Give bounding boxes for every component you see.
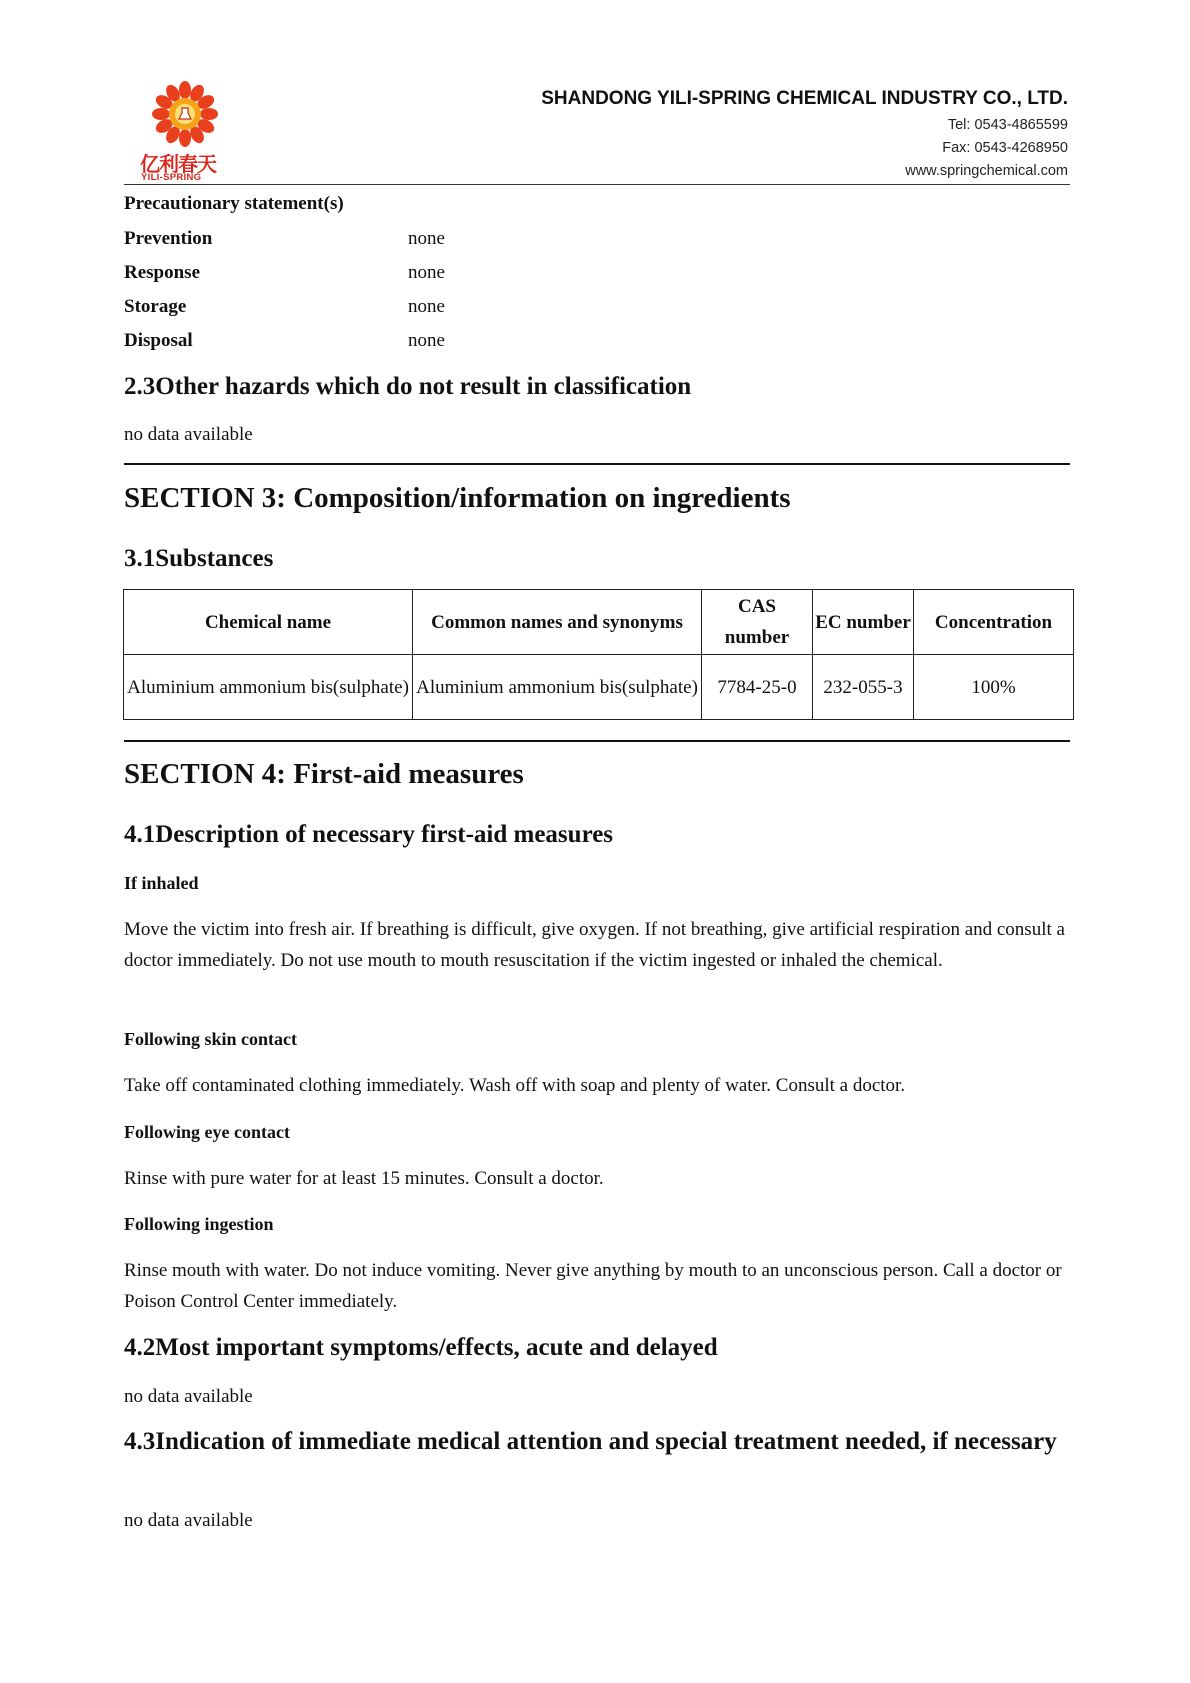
response-value: none [408, 262, 445, 284]
col-chemical-name: Chemical name [124, 590, 413, 655]
section-4-1-heading: 4.1Description of necessary first-aid me… [124, 821, 613, 849]
company-website[interactable]: www.springchemical.com [905, 163, 1068, 179]
col-ec-number: EC number [813, 590, 914, 655]
section-divider [124, 463, 1070, 465]
skin-contact-label: Following skin contact [124, 1029, 297, 1050]
section-3-1-heading: 3.1Substances [124, 545, 273, 573]
prevention-value: none [408, 228, 445, 250]
storage-label: Storage [124, 296, 186, 318]
section-4-2-text: no data available [124, 1386, 253, 1408]
ingestion-text: Rinse mouth with water. Do not induce vo… [124, 1255, 1074, 1317]
section-4-heading: SECTION 4: First-aid measures [124, 758, 524, 791]
cell-concentration: 100% [914, 655, 1074, 720]
skin-contact-text: Take off contaminated clothing immediate… [124, 1070, 1074, 1101]
col-cas-number: CAS number [702, 590, 813, 655]
table-row: Aluminium ammonium bis(sulphate) Alumini… [124, 655, 1074, 720]
logo-english-text: YILI-SPRING [141, 172, 201, 183]
if-inhaled-text: Move the victim into fresh air. If breat… [124, 914, 1074, 976]
section-4-2-heading: 4.2Most important symptoms/effects, acut… [124, 1334, 718, 1362]
composition-table: Chemical name Common names and synonyms … [123, 589, 1074, 720]
table-header-row: Chemical name Common names and synonyms … [124, 590, 1074, 655]
ingestion-label: Following ingestion [124, 1214, 274, 1235]
eye-contact-text: Rinse with pure water for at least 15 mi… [124, 1163, 1074, 1194]
section-4-3-heading: 4.3Indication of immediate medical atten… [124, 1426, 1064, 1458]
disposal-value: none [408, 330, 445, 352]
company-logo: 亿利春天 YILI-SPRING [138, 80, 248, 185]
eye-contact-label: Following eye contact [124, 1122, 290, 1143]
section-divider [124, 740, 1070, 742]
section-2-3-text: no data available [124, 424, 253, 446]
col-common-names: Common names and synonyms [413, 590, 702, 655]
section-4-3-text: no data available [124, 1510, 253, 1532]
prevention-label: Prevention [124, 228, 212, 250]
company-fax: Fax: 0543-4268950 [942, 140, 1068, 156]
cell-ec-number: 232-055-3 [813, 655, 914, 720]
company-tel: Tel: 0543-4865599 [948, 117, 1068, 133]
cell-cas-number: 7784-25-0 [702, 655, 813, 720]
cell-chemical-name: Aluminium ammonium bis(sulphate) [124, 655, 413, 720]
section-3-heading: SECTION 3: Composition/information on in… [124, 482, 791, 515]
col-concentration: Concentration [914, 590, 1074, 655]
storage-value: none [408, 296, 445, 318]
section-2-3-heading: 2.3Other hazards which do not result in … [124, 373, 691, 401]
if-inhaled-label: If inhaled [124, 873, 199, 894]
disposal-label: Disposal [124, 330, 193, 352]
response-label: Response [124, 262, 200, 284]
sunflower-logo-icon [150, 80, 220, 148]
precautionary-title: Precautionary statement(s) [124, 193, 344, 215]
company-name: SHANDONG YILI-SPRING CHEMICAL INDUSTRY C… [541, 88, 1068, 110]
header-divider [124, 184, 1070, 185]
cell-common-names: Aluminium ammonium bis(sulphate) [413, 655, 702, 720]
